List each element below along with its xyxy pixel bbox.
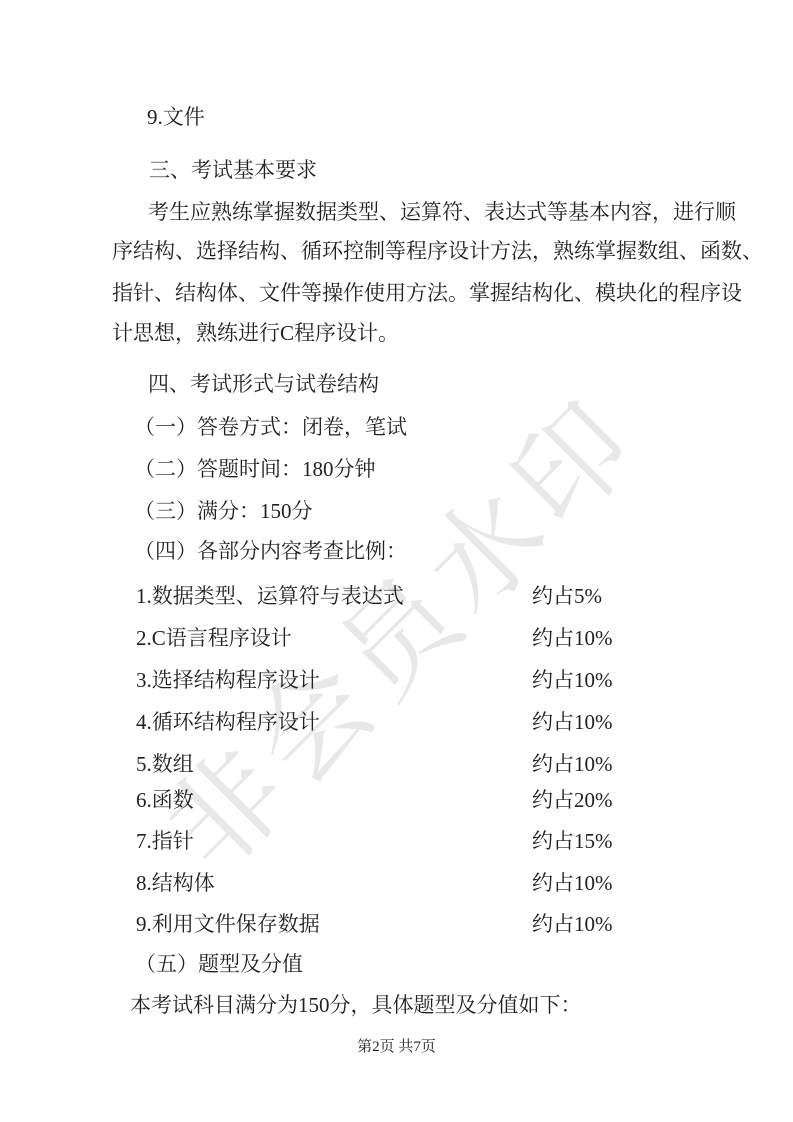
ratio-percent: 约占10% [532, 626, 613, 650]
ratio-percent: 约占15% [532, 829, 613, 853]
ratio-label: 7.指针 [136, 829, 194, 853]
ratio-row: 8.结构体 约占10% [0, 871, 793, 895]
ratio-label: 8.结构体 [136, 871, 215, 895]
page-footer: 第2页 共7页 [0, 1038, 793, 1056]
section-heading-exam-requirements: 三、考试基本要求 [149, 158, 317, 182]
ratio-label: 6.函数 [136, 788, 194, 812]
document-page: 非会员水印 9.文件 三、考试基本要求 考生应熟练掌握数据类型、运算符、表达式等… [0, 0, 793, 1122]
ratio-row: 1.数据类型、运算符与表达式 约占5% [0, 584, 793, 608]
sub-item-full-score: （三）满分：150分 [134, 499, 313, 523]
section-heading-exam-format: 四、考试形式与试卷结构 [148, 372, 379, 396]
ratio-label: 9.利用文件保存数据 [136, 912, 320, 936]
sub-item-question-types: （五）题型及分值 [135, 952, 303, 976]
ratio-row: 5.数组 约占10% [0, 752, 793, 776]
sub-item-content-ratio: （四）各部分内容考查比例： [134, 539, 407, 563]
sub-item-answer-method: （一）答卷方式：闭卷，笔试 [134, 415, 407, 439]
ratio-row: 7.指针 约占15% [0, 829, 793, 853]
ratio-row: 6.函数 约占20% [0, 788, 793, 812]
ratio-label: 5.数组 [136, 752, 194, 776]
ratio-row: 9.利用文件保存数据 约占10% [0, 912, 793, 936]
ratio-percent: 约占10% [532, 710, 613, 734]
para-line-4: 计思想，熟练进行C程序设计。 [112, 321, 399, 345]
ratio-percent: 约占10% [532, 912, 613, 936]
outline-item-9-files: 9.文件 [147, 105, 205, 129]
ratio-row: 3.选择结构程序设计 约占10% [0, 668, 793, 692]
ratio-percent: 约占10% [532, 871, 613, 895]
para-line-3: 指针、结构体、文件等操作使用方法。掌握结构化、模块化的程序设 [112, 281, 742, 305]
para-line-2: 序结构、选择结构、循环控制等程序设计方法，熟练掌握数组、函数、 [112, 239, 763, 263]
ratio-percent: 约占10% [532, 668, 613, 692]
ratio-label: 1.数据类型、运算符与表达式 [136, 584, 404, 608]
ratio-label: 2.C语言程序设计 [136, 626, 292, 650]
closing-line: 本考试科目满分为150分，具体题型及分值如下： [130, 993, 582, 1017]
ratio-row: 2.C语言程序设计 约占10% [0, 626, 793, 650]
sub-item-answer-time: （二）答题时间：180分钟 [134, 457, 376, 481]
ratio-label: 3.选择结构程序设计 [136, 668, 320, 692]
ratio-percent: 约占10% [532, 752, 613, 776]
ratio-row: 4.循环结构程序设计 约占10% [0, 710, 793, 734]
ratio-percent: 约占5% [532, 584, 602, 608]
ratio-percent: 约占20% [532, 788, 613, 812]
ratio-label: 4.循环结构程序设计 [136, 710, 320, 734]
para-line-1: 考生应熟练掌握数据类型、运算符、表达式等基本内容，进行顺 [148, 200, 736, 224]
